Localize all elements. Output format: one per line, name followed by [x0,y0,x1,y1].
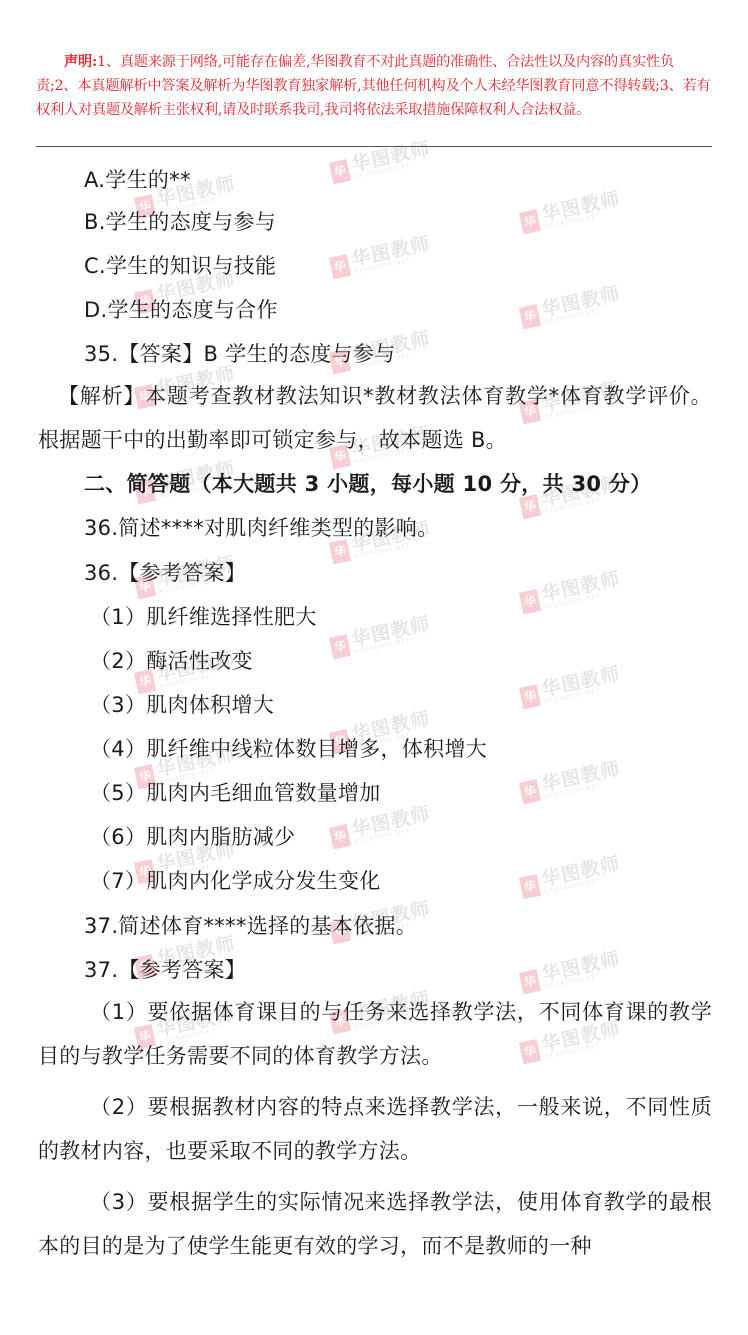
option-a: A.学生的** [84,164,191,194]
watermark-logo-icon: 华 [519,209,541,234]
watermark-logo-icon: 华 [519,589,541,614]
watermark-logo-icon: 华 [519,684,541,709]
watermark: 华 华图教师HTJIAOSHI.NET [519,665,624,711]
watermark: 华 华图教师HTJIAOSHI.NET [519,855,624,901]
divider [36,146,712,147]
watermark-logo-icon: 华 [519,779,541,804]
watermark: 华 华图教师HTJIAOSHI.NET [329,235,434,281]
watermark: 华 华图教师HTJIAOSHI.NET [519,760,624,806]
q36-question: 36.简述****对肌肉纤维类型的影响。 [84,512,438,542]
watermark: 华 华图教师HTJIAOSHI.NET [519,570,624,616]
option-c: C.学生的知识与技能 [84,250,276,280]
q36-point-3: （3）肌肉体积增大 [90,689,274,719]
option-d: D.学生的态度与合作 [84,294,278,324]
q37-paragraph-3: （3）要根据学生的实际情况来选择教学法，使用体育教学的最根本的目的是为了使学生能… [38,1180,712,1268]
watermark: 华 华图教师HTJIAOSHI.NET [519,190,624,236]
q36-point-1: （1）肌纤维选择性肥大 [90,601,317,631]
q36-answer-label: 36.【参考答案】 [84,557,246,587]
section-heading: 二、简答题（本大题共 3 小题，每小题 10 分，共 30 分） [84,468,652,498]
disclaimer: 声明:1、真题来源于网络,可能存在偏差,华图教育不对此真题的准确性、合法性以及内… [36,50,712,122]
q37-paragraph-2: （2）要根据教材内容的特点来选择教学法，一般来说，不同性质的教材内容，也要采取不… [38,1085,712,1173]
watermark: 华 华图教师HTJIAOSHI.NET [519,950,624,996]
watermark-logo-icon: 华 [329,159,351,184]
q37-paragraph-1: （1）要依据体育课目的与任务来选择教学法，不同体育课的教学目的与教学任务需要不同… [38,990,712,1078]
q36-point-2: （2）酶活性改变 [90,645,253,675]
disclaimer-lead: 声明: [64,54,97,70]
q37-answer-label: 37.【参考答案】 [84,954,246,984]
option-b: B.学生的态度与参与 [84,206,276,236]
watermark-logo-icon: 华 [329,824,351,849]
q35-answer: 35.【答案】B 学生的态度与参与 [84,338,396,368]
watermark-logo-icon: 华 [329,634,351,659]
watermark-logo-icon: 华 [519,304,541,329]
watermark-logo-icon: 华 [329,539,351,564]
q36-point-6: （6）肌肉内脂肪减少 [90,821,295,851]
watermark-logo-icon: 华 [519,874,541,899]
q37-question: 37.简述体育****选择的基本依据。 [84,910,417,940]
q36-point-7: （7）肌肉内化学成分发生变化 [90,865,381,895]
watermark: 华 华图教师HTJIAOSHI.NET [519,285,624,331]
q35-analysis: 【解析】本题考查教材教法知识*教材教法体育教学*体育教学评价。根据题干中的出勤率… [38,374,712,462]
q36-point-4: （4）肌纤维中线粒体数目增多，体积增大 [90,733,487,763]
q36-point-5: （5）肌肉内毛细血管数量增加 [90,777,381,807]
watermark-logo-icon: 华 [329,254,351,279]
watermark: 华 华图教师HTJIAOSHI.NET [329,805,434,851]
disclaimer-text: 1、真题来源于网络,可能存在偏差,华图教育不对此真题的准确性、合法性以及内容的真… [36,54,711,118]
watermark: 华 华图教师HTJIAOSHI.NET [329,615,434,661]
